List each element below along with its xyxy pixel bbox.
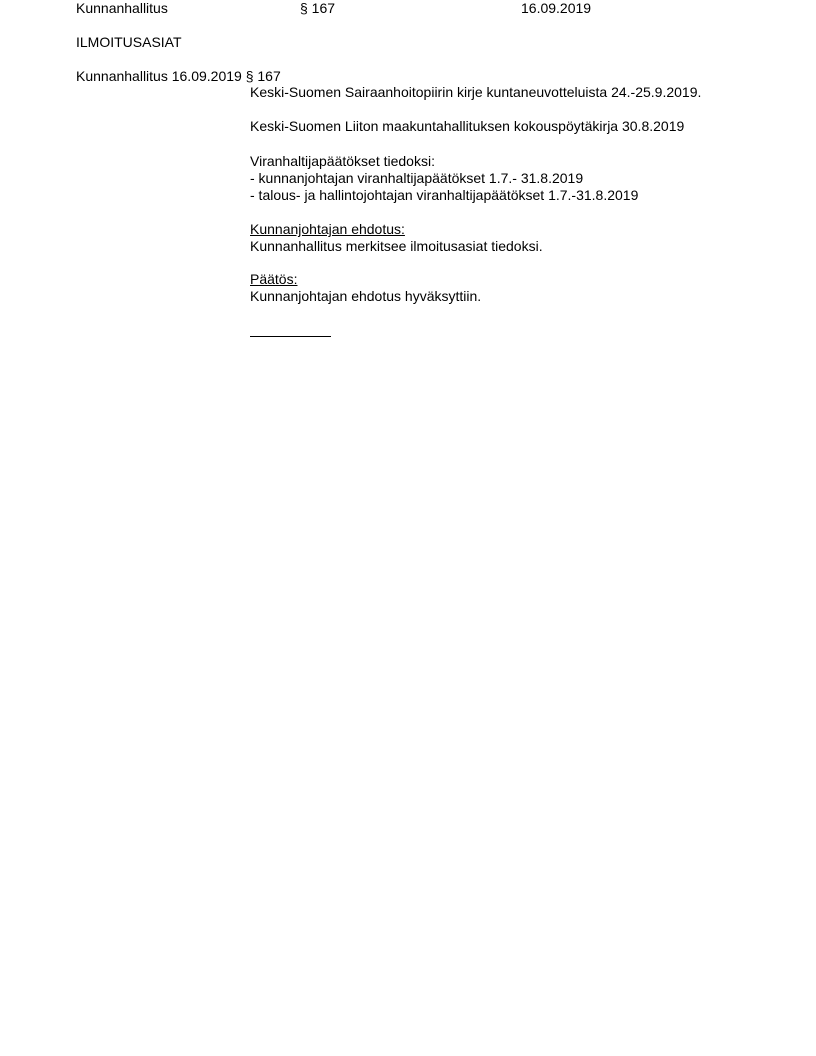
decision-label: Päätös:	[250, 271, 297, 288]
decision-item: - kunnanjohtajan viranhaltijapäätökset 1…	[250, 170, 583, 187]
item-reference: Kunnanhallitus 16.09.2019 § 167	[76, 68, 281, 85]
paragraph-regional-minutes: Keski-Suomen Liiton maakuntahallituksen …	[250, 118, 684, 135]
decision-text: Kunnanjohtajan ehdotus hyväksyttiin.	[250, 288, 481, 305]
proposal-label: Kunnanjohtajan ehdotus:	[250, 221, 405, 238]
proposal-text: Kunnanhallitus merkitsee ilmoitusasiat t…	[250, 238, 543, 255]
end-divider	[250, 336, 331, 337]
document-title: ILMOITUSASIAT	[76, 34, 182, 51]
header-section: § 167	[300, 0, 335, 17]
paragraph-hospital-letter: Keski-Suomen Sairaanhoitopiirin kirje ku…	[250, 84, 701, 101]
header-date: 16.09.2019	[521, 0, 591, 17]
decisions-heading: Viranhaltijapäätökset tiedoksi:	[250, 153, 435, 170]
header-body: Kunnanhallitus	[76, 0, 168, 17]
decision-item: - talous- ja hallintojohtajan viranhalti…	[250, 187, 638, 204]
